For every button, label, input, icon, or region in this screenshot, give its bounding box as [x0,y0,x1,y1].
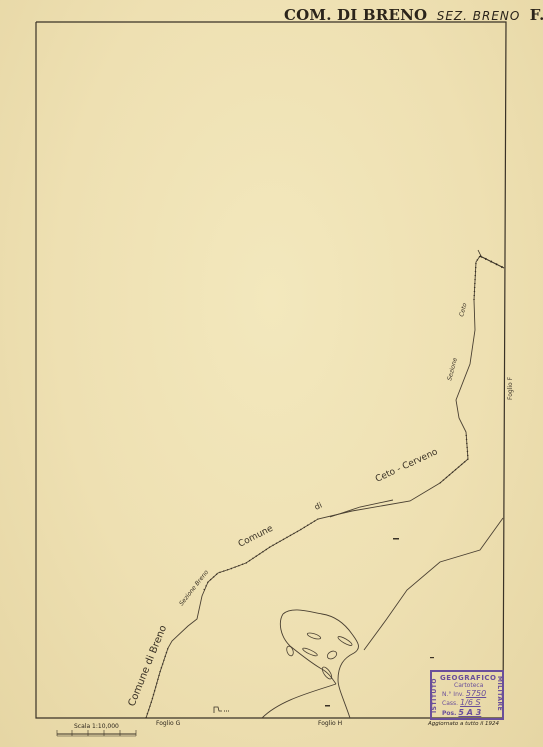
stamp-pos: Pos.5 A 3 [442,708,481,717]
map-sheet: COM. DI BRENO SEZ. BRENO F.° E [0,0,543,747]
label-comune-breno: Comune di Breno [127,624,170,708]
stamp-subtitle: Cartoteca [454,682,483,689]
label-foglio-h: Foglio H [318,720,342,727]
municipal-boundary [146,256,480,718]
update-note: Aggiornato a tutto il 1924 [428,721,499,727]
map-frame [36,22,506,718]
label-ceto: Ceto [458,302,468,318]
scale-label: Scala 1:10,000 [74,723,119,730]
stamp-cass: Cass.1/6 S [442,698,481,707]
label-ceto-cerveno: Ceto - Cerveno [374,447,440,485]
label-foglio-f: Foglio F [507,376,514,400]
stamp-inv: N.° Inv.5750 [442,689,486,698]
stamp-title: GEOGRAFICO [440,674,494,682]
boundary-marker [214,707,222,713]
label-foglio-g: Foglio G [156,720,180,727]
stamp-istituto: ISTITUTO [431,678,438,713]
water-body [280,610,358,718]
label-comune: Comune [237,524,275,550]
boundary-stub [480,256,504,268]
igm-stamp: GEOGRAFICO ISTITUTO MILITARE Cartoteca N… [430,670,504,720]
stamp-militare: MILITARE [496,676,503,711]
scale-bar [57,730,136,736]
label-di: di [313,501,323,512]
label-sezione-ceto: Sezione [446,357,459,382]
road-line [364,518,503,650]
cadastral-map: Comune di Breno Sezione Breno Comune di … [0,0,543,747]
